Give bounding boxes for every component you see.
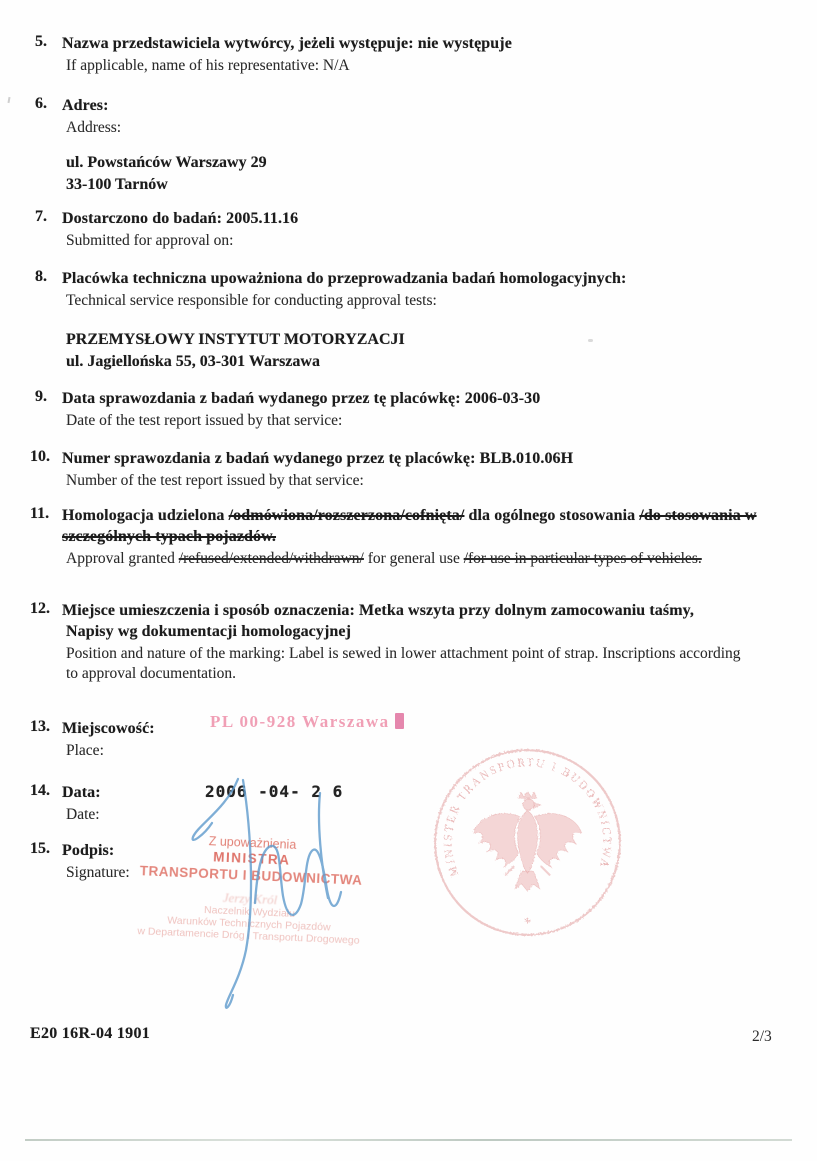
item-14-date: 14. Data: Date: [30,782,775,825]
item-7-submitted: 7. Dostarczono do badań: 2005.11.16 Subm… [30,208,775,251]
item-8-technical-service: 8. Placówka techniczna upoważniona do pr… [30,268,775,311]
item-number: 8. [35,268,47,286]
item-7-text-pl: Dostarczono do badań: 2005.11.16 [62,208,775,229]
item-12-text-en: Position and nature of the marking: Labe… [66,644,756,684]
en-struck-options: /refused/extended/withdrawn/ [179,550,364,567]
item-10-text-en: Number of the test report issued by that… [66,471,775,491]
pl-segment: dla ogólnego stosowania [464,507,639,524]
stamp-blot-mark [395,713,404,729]
bottom-scan-line [25,1139,792,1141]
item-13-text-en: Place: [66,741,775,761]
item-11-text-pl: Homologacja udzielona /odmówiona/rozszer… [62,505,774,547]
item-12-marking-position: 12. Miejsce umieszczenia i sposób oznacz… [30,600,775,684]
item-7-text-en: Submitted for approval on: [66,231,775,251]
pl-segment: Homologacja udzielona [62,507,229,524]
pl-struck-options: /odmówiona/rozszerzona/cofnięta/ [229,507,465,524]
item-number: 11. [30,505,49,523]
item-12-text-pl-line1: Miejsce umieszczenia i sposób oznaczenia… [62,600,775,621]
item-6-text-en: Address: [66,118,775,138]
item-5-text-pl: Nazwa przedstawiciela wytwórcy, jeżeli w… [62,33,775,54]
item-10-text-pl: Numer sprawozdania z badań wydanego prze… [62,448,775,469]
item-number: 10. [30,448,50,466]
polish-eagle-icon [473,791,582,891]
seal-star-glyph: * [524,916,531,932]
item-6-text-pl: Adres: [62,95,775,116]
item-11-approval-granted: 11. Homologacja udzielona /odmówiona/roz… [30,505,775,569]
item-number: 12. [30,600,50,618]
item-6-address: 6. Adres: Address: [30,95,775,138]
item-10-report-number: 10. Numer sprawozdania z badań wydanego … [30,448,775,491]
item-13-text-pl: Miejscowość: [62,718,775,739]
item-11-text-en: Approval granted /refused/extended/withd… [66,549,774,569]
item-9-report-date: 9. Data sprawozdania z badań wydanego pr… [30,388,775,431]
signature-strokes [193,779,341,1008]
en-segment: for general use [364,550,464,567]
place-stamp-text: PL 00-928 Warszawa [210,712,390,731]
document-code: E20 16R-04 1901 [30,1025,150,1043]
technical-service-block: PRZEMYSŁOWY INSTYTUT MOTORYZACJI ul. Jag… [66,329,405,373]
item-number: 9. [35,388,47,406]
manufacturer-address-block: ul. Powstańców Warszawy 29 33-100 Tarnów [66,152,267,196]
item-8-text-pl: Placówka techniczna upoważniona do przep… [62,268,775,289]
item-8-text-en: Technical service responsible for conduc… [66,291,775,311]
scanned-approval-document-page: 5. Nazwa przedstawiciela wytwórcy, jeżel… [0,0,817,1161]
item-5-representative: 5. Nazwa przedstawiciela wytwórcy, jeżel… [30,33,775,76]
item-number: 5. [35,33,47,51]
item-number: 7. [35,208,47,226]
item-number: 14. [30,782,50,800]
en-segment: Approval granted [66,550,179,567]
item-number: 6. [35,95,47,113]
item-number: 13. [30,718,50,736]
scan-speck [7,97,10,103]
ministry-round-seal: MINISTER TRANSPORTU I BUDOWNICTWA * [430,745,625,940]
address-line-2: 33-100 Tarnów [66,174,267,196]
technical-service-address: ul. Jagiellońska 55, 03-301 Warszawa [66,351,405,373]
page-number: 2/3 [752,1028,772,1046]
item-5-text-en: If applicable, name of his representativ… [66,56,775,76]
item-9-text-pl: Data sprawozdania z badań wydanego przez… [62,388,775,409]
item-12-text-pl-line2: Napisy wg dokumentacji homologacyjnej [66,621,775,642]
item-number: 15. [30,840,50,858]
place-ink-stamp: PL 00-928 Warszawa [210,712,404,732]
scan-speck [588,339,593,342]
address-line-1: ul. Powstańców Warszawy 29 [66,152,267,174]
handwritten-signature [160,765,360,1020]
item-9-text-en: Date of the test report issued by that s… [66,411,775,431]
en-struck-options: /for use in particular types of vehicles… [464,550,702,567]
technical-service-name: PRZEMYSŁOWY INSTYTUT MOTORYZACJI [66,329,405,351]
